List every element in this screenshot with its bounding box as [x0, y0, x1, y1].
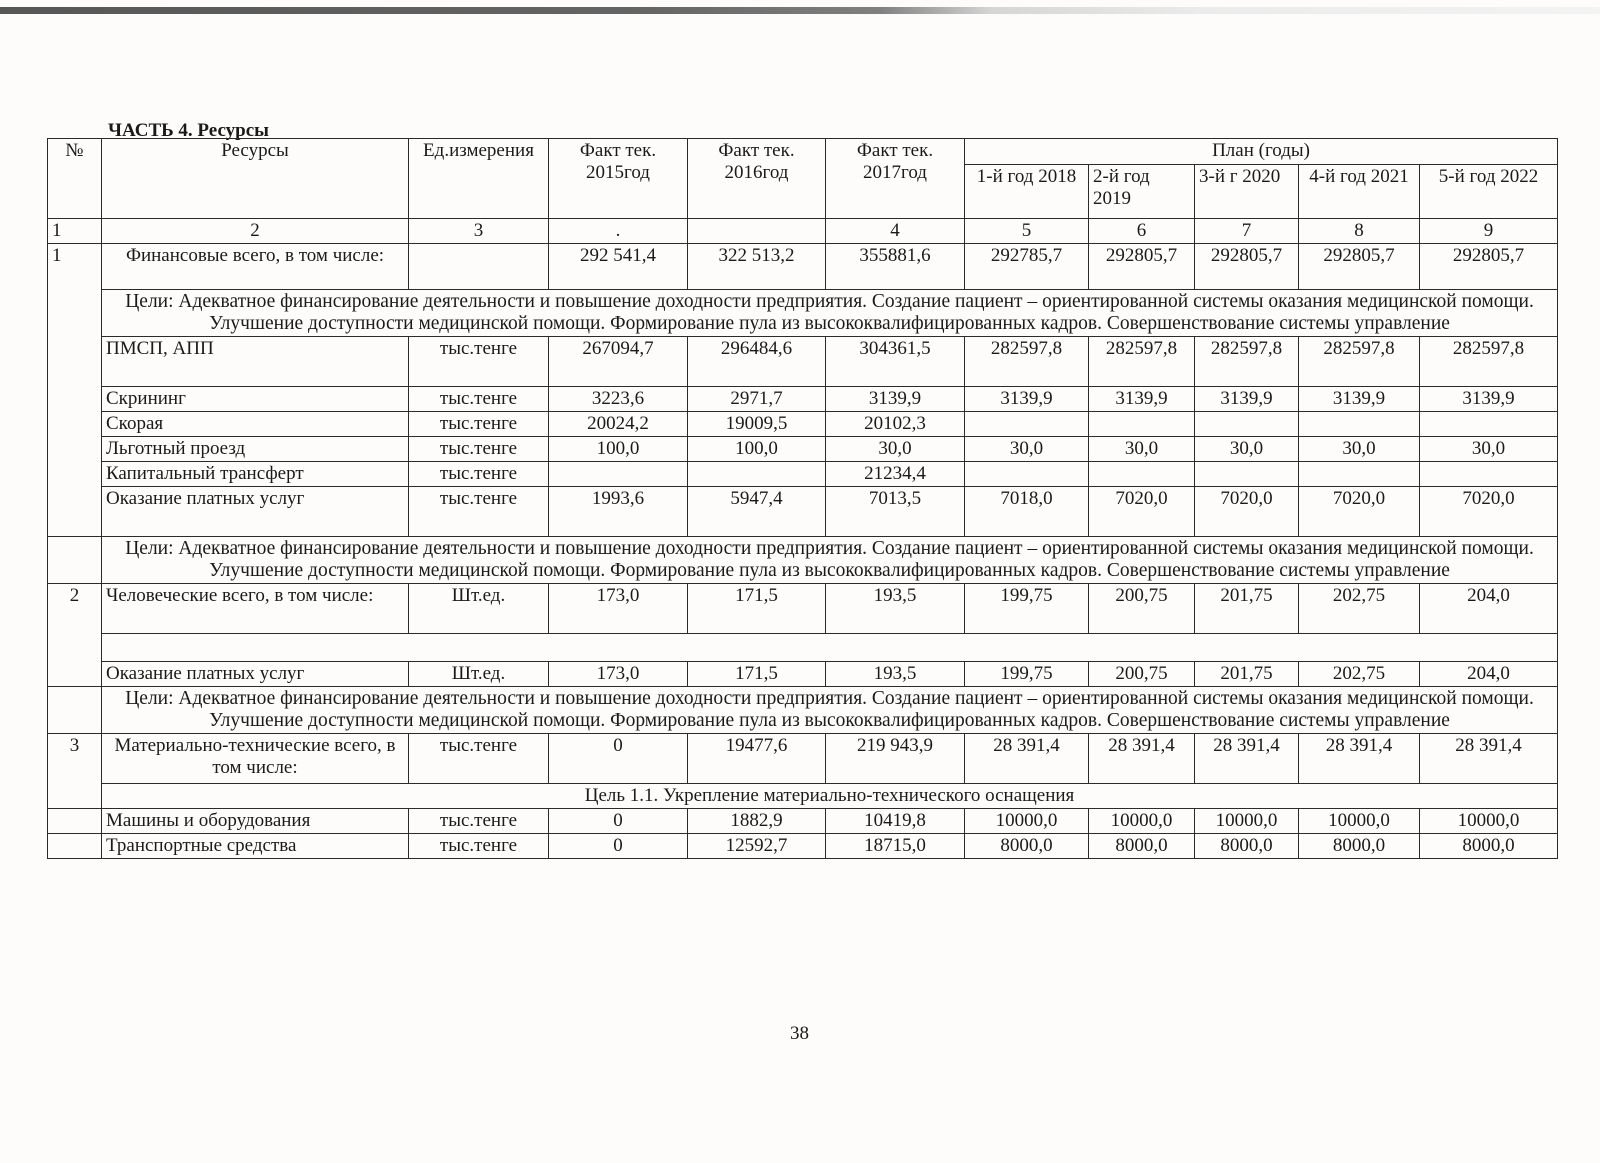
- value-cell: 171,5: [688, 662, 826, 687]
- value-cell: 3139,9: [1089, 387, 1195, 412]
- header-plan-2018: 1-й год 2018: [965, 165, 1089, 219]
- row-unit: тыс.тенге: [409, 337, 549, 387]
- value-cell: [1420, 412, 1558, 437]
- value-cell: 30,0: [1299, 437, 1420, 462]
- empty-row: [48, 634, 1558, 662]
- value-cell: 8000,0: [1420, 834, 1558, 859]
- col-number: [688, 219, 826, 244]
- value-cell: 204,0: [1420, 662, 1558, 687]
- col-number: 1: [48, 219, 102, 244]
- value-cell: 8000,0: [1299, 834, 1420, 859]
- row-name: Транспортные средства: [102, 834, 409, 859]
- value-cell: [1195, 462, 1299, 487]
- value-cell: 3139,9: [1195, 387, 1299, 412]
- value-cell: 7020,0: [1299, 487, 1420, 537]
- goal-text: Цели: Адекватное финансирование деятельн…: [102, 537, 1558, 584]
- value-cell: 30,0: [1089, 437, 1195, 462]
- empty-cell: [48, 809, 102, 834]
- empty-cell: [48, 537, 102, 584]
- value-cell: 18715,0: [826, 834, 965, 859]
- resources-table: № Ресурсы Ед.измерения Факт тек. 2015год…: [47, 138, 1558, 859]
- empty-cell: [48, 687, 102, 734]
- value-cell: 282597,8: [1195, 337, 1299, 387]
- section-num: 3: [48, 734, 102, 809]
- value-cell: 201,75: [1195, 662, 1299, 687]
- row-unit: Шт.ед.: [409, 662, 549, 687]
- empty-cell: [48, 834, 102, 859]
- value-cell: 20024,2: [549, 412, 688, 437]
- value-cell: [1089, 412, 1195, 437]
- header-plan-2020: 3-й г 2020: [1195, 165, 1299, 219]
- subgoal-row: Цель 1.1. Укрепление материально-техниче…: [48, 784, 1558, 809]
- goal-row: Цели: Адекватное финансирование деятельн…: [48, 537, 1558, 584]
- section-num: 2: [48, 584, 102, 687]
- value-cell: 296484,6: [688, 337, 826, 387]
- table-row: Капитальный трансферт тыс.тенге 21234,4: [48, 462, 1558, 487]
- value-cell: 20102,3: [826, 412, 965, 437]
- section-total-row: 3 Материально-технические всего, в том ч…: [48, 734, 1558, 784]
- value-cell: 28 391,4: [1420, 734, 1558, 784]
- row-unit: тыс.тенге: [409, 834, 549, 859]
- value-cell: 30,0: [1195, 437, 1299, 462]
- header-resource: Ресурсы: [102, 139, 409, 219]
- value-cell: [1089, 462, 1195, 487]
- value-cell: 171,5: [688, 584, 826, 634]
- row-unit: тыс.тенге: [409, 387, 549, 412]
- subgoal-text: Цель 1.1. Укрепление материально-техниче…: [102, 784, 1558, 809]
- value-cell: 7020,0: [1195, 487, 1299, 537]
- row-name: Скорая: [102, 412, 409, 437]
- value-cell: 3139,9: [965, 387, 1089, 412]
- value-cell: 292785,7: [965, 244, 1089, 290]
- value-cell: 28 391,4: [1195, 734, 1299, 784]
- table-row: Оказание платных услуг тыс.тенге 1993,6 …: [48, 487, 1558, 537]
- row-name: Машины и оборудования: [102, 809, 409, 834]
- header-fact-2017: Факт тек. 2017год: [826, 139, 965, 219]
- value-cell: 28 391,4: [1089, 734, 1195, 784]
- value-cell: 10000,0: [1089, 809, 1195, 834]
- header-fact-2015: Факт тек. 2015год: [549, 139, 688, 219]
- col-number: 4: [826, 219, 965, 244]
- row-unit: тыс.тенге: [409, 809, 549, 834]
- value-cell: 30,0: [826, 437, 965, 462]
- value-cell: [1420, 462, 1558, 487]
- col-number: 5: [965, 219, 1089, 244]
- header-unit: Ед.измерения: [409, 139, 549, 219]
- row-unit: тыс.тенге: [409, 412, 549, 437]
- value-cell: 7020,0: [1089, 487, 1195, 537]
- value-cell: 282597,8: [1089, 337, 1195, 387]
- table-row: Скорая тыс.тенге 20024,2 19009,5 20102,3: [48, 412, 1558, 437]
- value-cell: 322 513,2: [688, 244, 826, 290]
- section-total-unit: Шт.ед.: [409, 584, 549, 634]
- header-num: №: [48, 139, 102, 219]
- value-cell: 0: [549, 809, 688, 834]
- value-cell: 1993,6: [549, 487, 688, 537]
- value-cell: 7018,0: [965, 487, 1089, 537]
- col-number: 6: [1089, 219, 1195, 244]
- value-cell: 7013,5: [826, 487, 965, 537]
- goal-text: Цели: Адекватное финансирование деятельн…: [102, 290, 1558, 337]
- row-name: Скрининг: [102, 387, 409, 412]
- value-cell: 8000,0: [965, 834, 1089, 859]
- value-cell: 10000,0: [965, 809, 1089, 834]
- value-cell: [1299, 462, 1420, 487]
- value-cell: 1882,9: [688, 809, 826, 834]
- header-plan-group: План (годы): [965, 139, 1558, 165]
- row-name: Оказание платных услуг: [102, 487, 409, 537]
- empty-cell: [102, 634, 1558, 662]
- value-cell: 21234,4: [826, 462, 965, 487]
- value-cell: 19477,6: [688, 734, 826, 784]
- value-cell: 292 541,4: [549, 244, 688, 290]
- value-cell: 292805,7: [1089, 244, 1195, 290]
- value-cell: 10000,0: [1195, 809, 1299, 834]
- value-cell: 8000,0: [1089, 834, 1195, 859]
- value-cell: 173,0: [549, 662, 688, 687]
- value-cell: 292805,7: [1299, 244, 1420, 290]
- value-cell: 282597,8: [1299, 337, 1420, 387]
- header-fact-2016: Факт тек. 2016год: [688, 139, 826, 219]
- value-cell: 8000,0: [1195, 834, 1299, 859]
- header-plan-2022: 5-й год 2022: [1420, 165, 1558, 219]
- value-cell: 200,75: [1089, 584, 1195, 634]
- col-number: 9: [1420, 219, 1558, 244]
- value-cell: [549, 462, 688, 487]
- scan-artifact-bar: [0, 7, 1600, 14]
- col-number: 8: [1299, 219, 1420, 244]
- value-cell: 202,75: [1299, 584, 1420, 634]
- value-cell: 30,0: [965, 437, 1089, 462]
- row-name: ПМСП, АПП: [102, 337, 409, 387]
- section-total-unit: [409, 244, 549, 290]
- value-cell: 199,75: [965, 584, 1089, 634]
- value-cell: 30,0: [1420, 437, 1558, 462]
- table-row: Машины и оборудования тыс.тенге 0 1882,9…: [48, 809, 1558, 834]
- table-row: ПМСП, АПП тыс.тенге 267094,7 296484,6 30…: [48, 337, 1558, 387]
- value-cell: [1195, 412, 1299, 437]
- header-row: № Ресурсы Ед.измерения Факт тек. 2015год…: [48, 139, 1558, 165]
- value-cell: 173,0: [549, 584, 688, 634]
- value-cell: 3223,6: [549, 387, 688, 412]
- value-cell: 5947,4: [688, 487, 826, 537]
- value-cell: 199,75: [965, 662, 1089, 687]
- section-total-name: Материально-технические всего, в том чис…: [102, 734, 409, 784]
- value-cell: 10000,0: [1420, 809, 1558, 834]
- goal-row: Цели: Адекватное финансирование деятельн…: [48, 290, 1558, 337]
- value-cell: 282597,8: [1420, 337, 1558, 387]
- value-cell: 2971,7: [688, 387, 826, 412]
- value-cell: 28 391,4: [965, 734, 1089, 784]
- value-cell: 193,5: [826, 584, 965, 634]
- table-row: Оказание платных услуг Шт.ед. 173,0 171,…: [48, 662, 1558, 687]
- col-number: 2: [102, 219, 409, 244]
- value-cell: 267094,7: [549, 337, 688, 387]
- value-cell: 100,0: [549, 437, 688, 462]
- value-cell: 28 391,4: [1299, 734, 1420, 784]
- value-cell: 219 943,9: [826, 734, 965, 784]
- value-cell: [1299, 412, 1420, 437]
- goal-row: Цели: Адекватное финансирование деятельн…: [48, 687, 1558, 734]
- value-cell: 7020,0: [1420, 487, 1558, 537]
- value-cell: 10419,8: [826, 809, 965, 834]
- row-unit: тыс.тенге: [409, 487, 549, 537]
- table-row: Льготный проезд тыс.тенге 100,0 100,0 30…: [48, 437, 1558, 462]
- value-cell: 193,5: [826, 662, 965, 687]
- value-cell: 201,75: [1195, 584, 1299, 634]
- value-cell: 355881,6: [826, 244, 965, 290]
- section-num: 1: [48, 244, 102, 537]
- col-number: .: [549, 219, 688, 244]
- section-total-name: Финансовые всего, в том числе:: [102, 244, 409, 290]
- row-name: Льготный проезд: [102, 437, 409, 462]
- value-cell: 204,0: [1420, 584, 1558, 634]
- value-cell: 0: [549, 834, 688, 859]
- value-cell: 292805,7: [1420, 244, 1558, 290]
- table-row: Транспортные средства тыс.тенге 0 12592,…: [48, 834, 1558, 859]
- section-total-row: 1 Финансовые всего, в том числе: 292 541…: [48, 244, 1558, 290]
- row-name: Оказание платных услуг: [102, 662, 409, 687]
- value-cell: 19009,5: [688, 412, 826, 437]
- value-cell: 0: [549, 734, 688, 784]
- value-cell: 304361,5: [826, 337, 965, 387]
- value-cell: 12592,7: [688, 834, 826, 859]
- table-row: Скрининг тыс.тенге 3223,6 2971,7 3139,9 …: [48, 387, 1558, 412]
- section-total-unit: тыс.тенге: [409, 734, 549, 784]
- header-plan-2021: 4-й год 2021: [1299, 165, 1420, 219]
- value-cell: 282597,8: [965, 337, 1089, 387]
- column-numbers-row: 1 2 3 . 4 5 6 7 8 9: [48, 219, 1558, 244]
- goal-text: Цели: Адекватное финансирование деятельн…: [102, 687, 1558, 734]
- value-cell: [965, 412, 1089, 437]
- value-cell: 10000,0: [1299, 809, 1420, 834]
- col-number: 7: [1195, 219, 1299, 244]
- value-cell: [965, 462, 1089, 487]
- col-number: 3: [409, 219, 549, 244]
- value-cell: 292805,7: [1195, 244, 1299, 290]
- header-plan-2019: 2-й год 2019: [1089, 165, 1195, 219]
- value-cell: [688, 462, 826, 487]
- row-name: Капитальный трансферт: [102, 462, 409, 487]
- value-cell: 3139,9: [1299, 387, 1420, 412]
- row-unit: тыс.тенге: [409, 462, 549, 487]
- value-cell: 200,75: [1089, 662, 1195, 687]
- section-total-row: 2 Человеческие всего, в том числе: Шт.ед…: [48, 584, 1558, 634]
- row-unit: тыс.тенге: [409, 437, 549, 462]
- value-cell: 3139,9: [826, 387, 965, 412]
- page-number: 38: [790, 1023, 809, 1045]
- value-cell: 202,75: [1299, 662, 1420, 687]
- value-cell: 100,0: [688, 437, 826, 462]
- value-cell: 3139,9: [1420, 387, 1558, 412]
- section-total-name: Человеческие всего, в том числе:: [102, 584, 409, 634]
